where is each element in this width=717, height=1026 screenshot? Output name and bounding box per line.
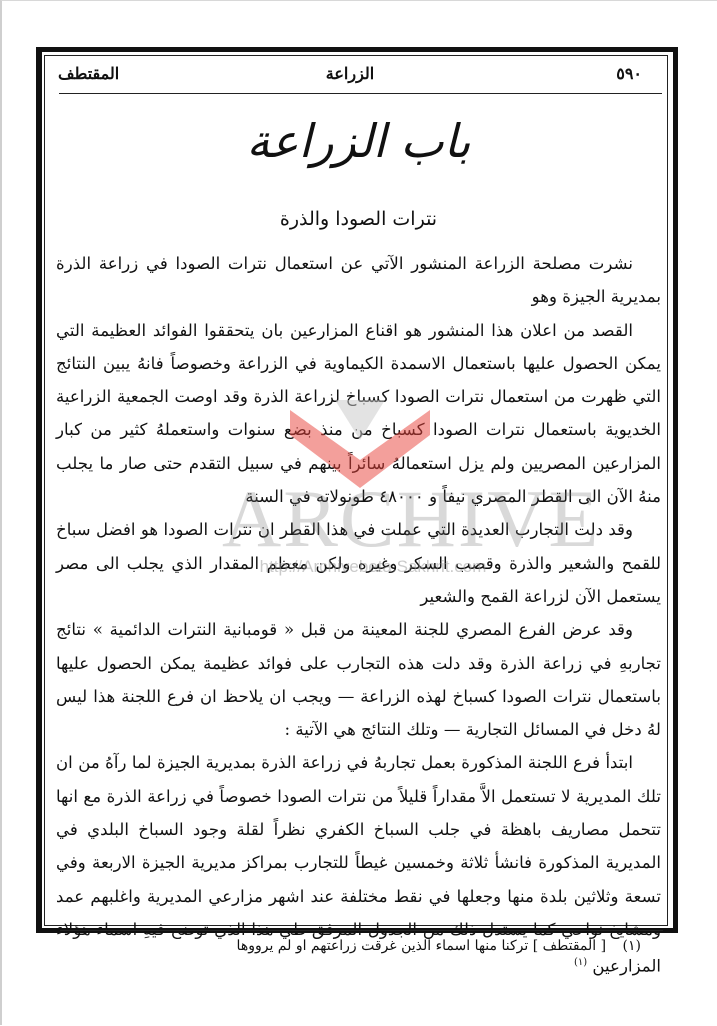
footnote-marker: (١) — [574, 957, 587, 968]
footnote-number: (١) — [623, 938, 641, 954]
journal-name: المقتطف — [58, 64, 119, 83]
article-body: نشرت مصلحة الزراعة المنشور الآتي عن استع… — [56, 247, 661, 983]
footnote-text: [ المقتطف ] تركنا منها اسماء الذين غرقت … — [237, 938, 607, 954]
section-heading: باب الزراعة — [0, 105, 717, 177]
footnote-rule — [60, 930, 663, 931]
page-number: ٥٩٠ — [616, 64, 642, 83]
paragraph: نشرت مصلحة الزراعة المنشور الآتي عن استع… — [56, 247, 661, 314]
article-title: نترات الصودا والذرة — [0, 208, 717, 230]
paragraph: وقد عرض الفرع المصري للجنة المعينة من قب… — [56, 613, 661, 746]
paragraph: وقد دلت التجارب العديدة التي عملت في هذا… — [56, 513, 661, 613]
paragraph: القصد من اعلان هذا المنشور هو اقناع المز… — [56, 314, 661, 514]
header-rule — [59, 93, 662, 94]
running-head: ٥٩٠ الزراعة المقتطف — [58, 58, 642, 88]
section-name: الزراعة — [326, 64, 374, 83]
footnote: (١) [ المقتطف ] تركنا منها اسماء الذين غ… — [56, 938, 641, 954]
